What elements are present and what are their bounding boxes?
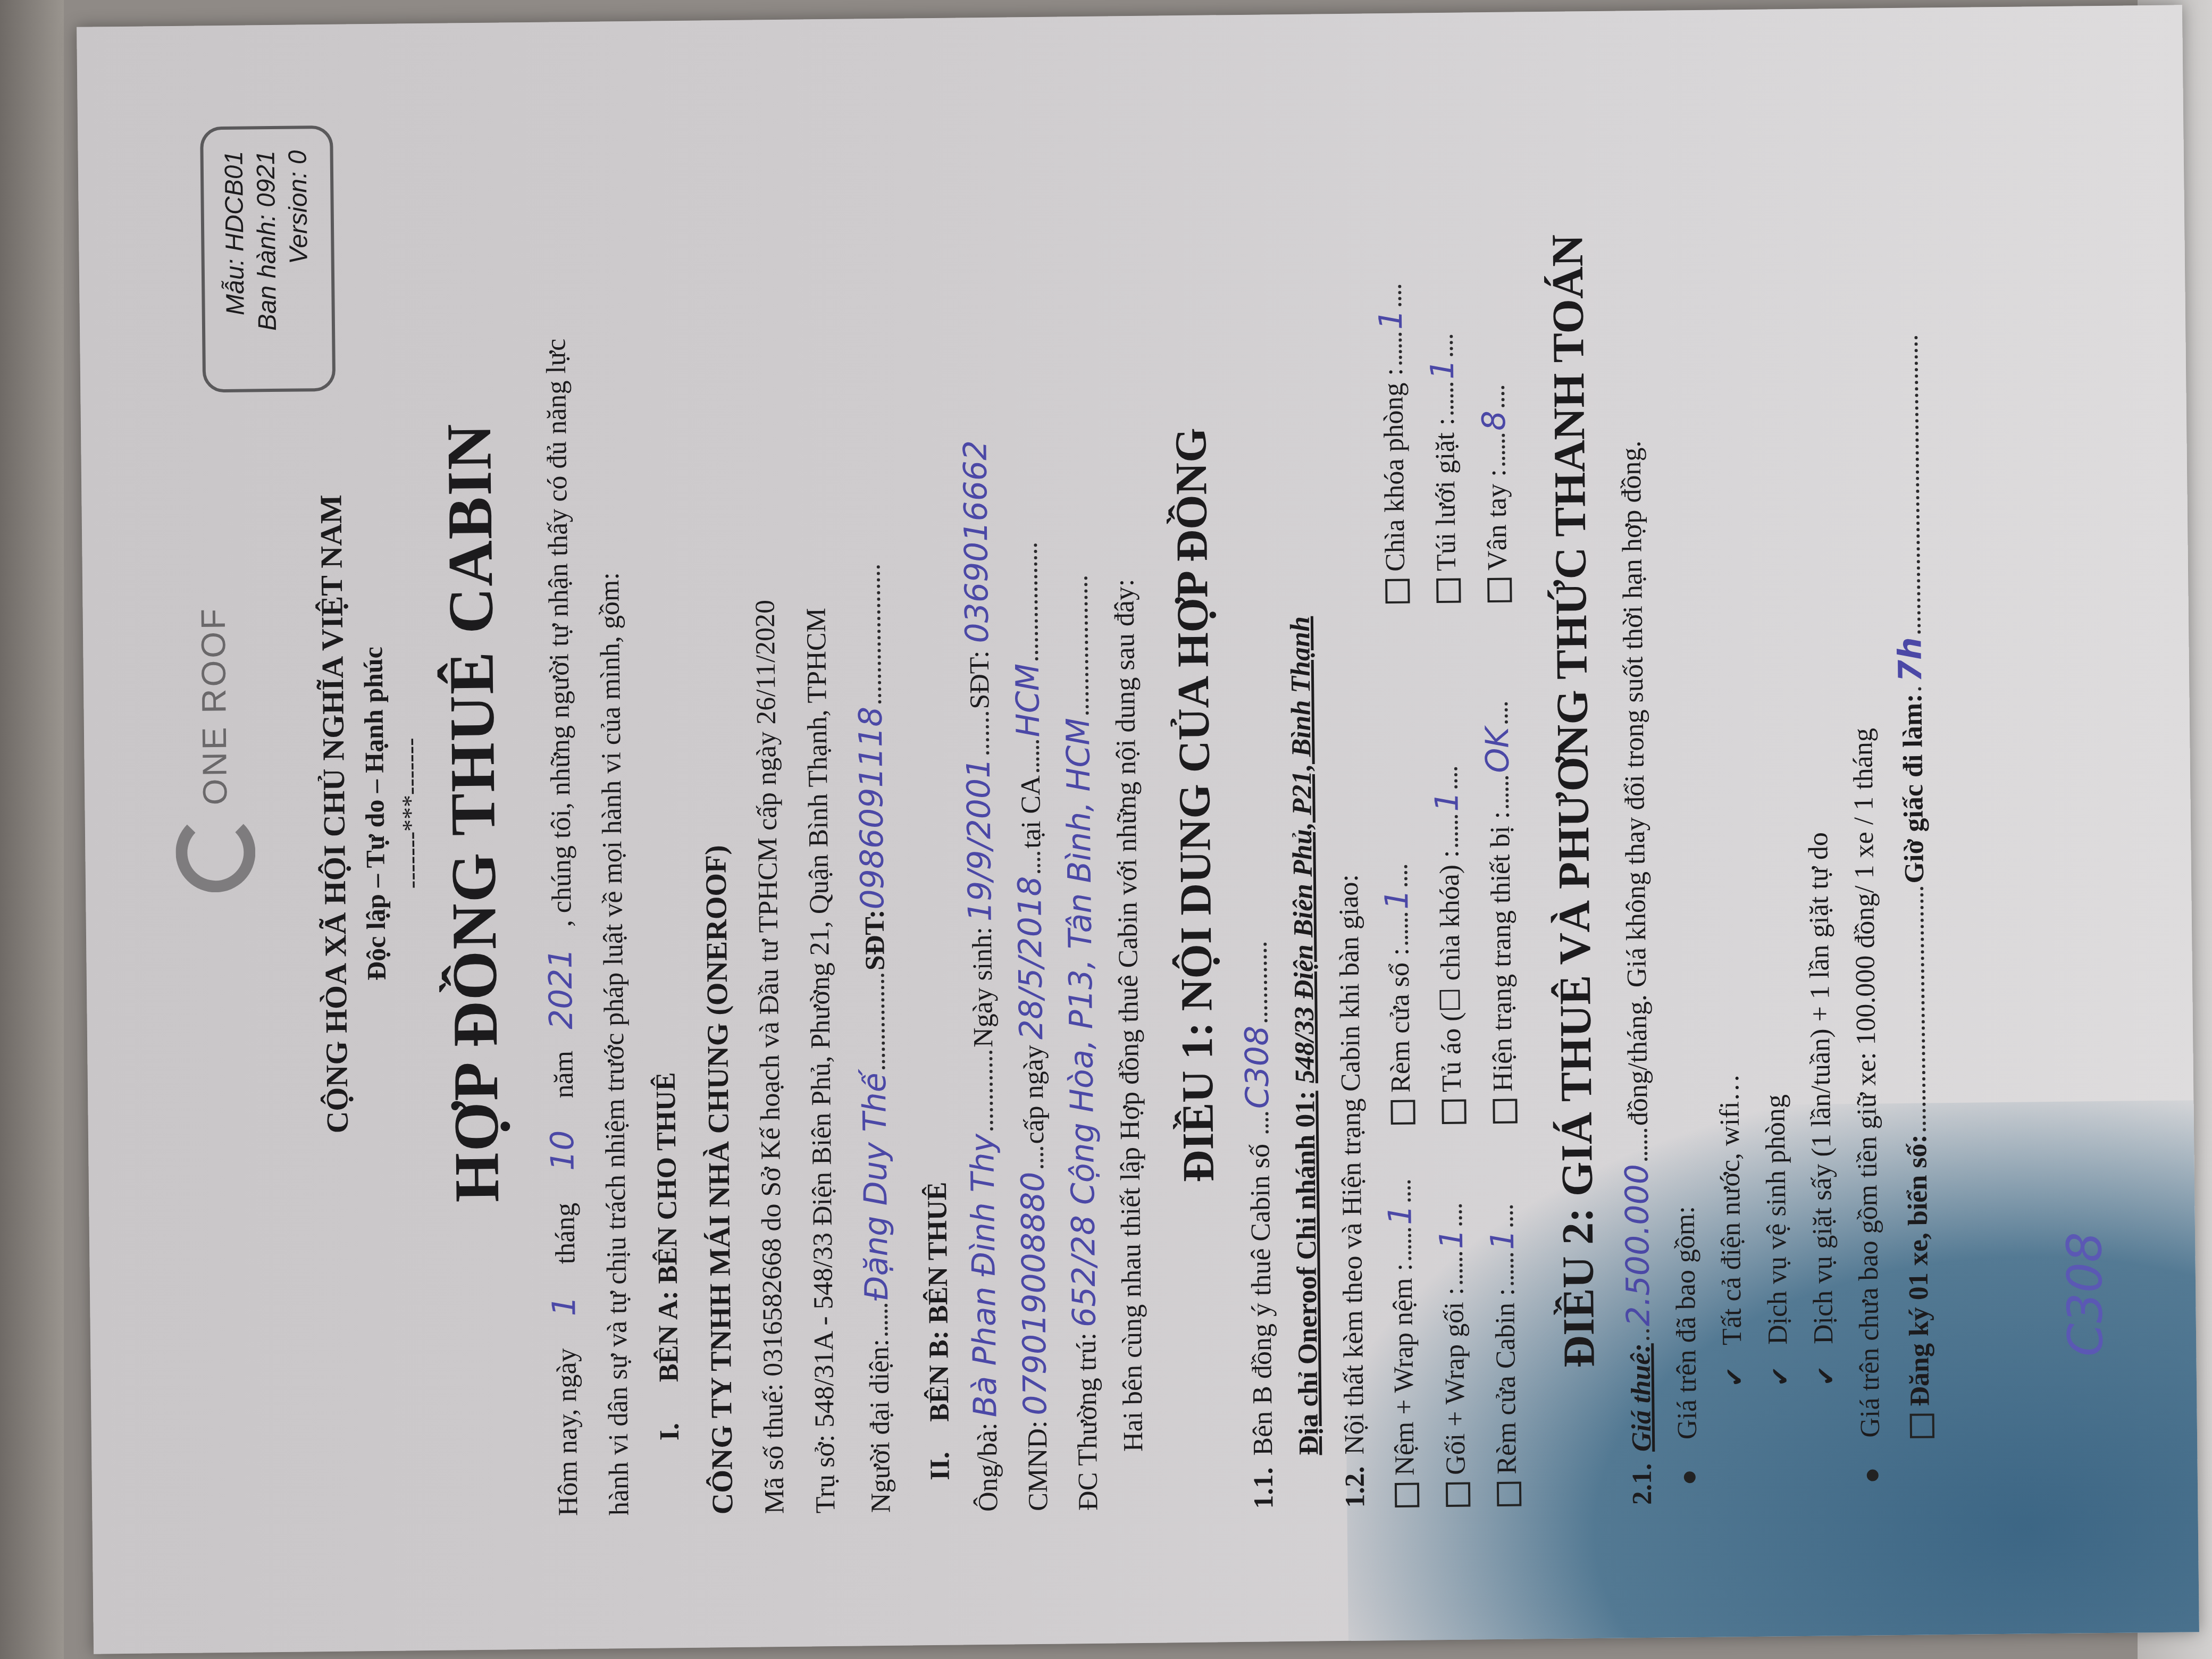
party-b-name-row: Ông/bà: Bà Phan Đình Thy Ngày sinh: 19/9… [956, 103, 1003, 1512]
b-phone-value[interactable]: 0369016662 [959, 440, 993, 643]
party-b-num: II. [926, 1422, 954, 1481]
checklist-item-value[interactable]: 1 [1431, 791, 1463, 812]
id-value[interactable]: 079019008880 [1017, 1171, 1052, 1415]
month-value[interactable]: 10 [547, 1130, 579, 1171]
agreement-text: Hai bên cùng nhau thiết lập Hợp đồng thu… [1106, 101, 1149, 1510]
checklist-item-label: Rèm cửa Cabin : [1492, 1288, 1521, 1474]
checkbox[interactable] [1497, 1482, 1521, 1506]
vehicle-label: Đăng ký 01 xe, biển số: [1904, 1134, 1934, 1406]
party-b-title: BÊN B: BÊN THUÊ [924, 1182, 954, 1422]
price-label: Giá thuê: [1627, 1343, 1656, 1452]
checkbox[interactable] [1487, 578, 1512, 602]
party-a-title: BÊN A: BÊN CHO THUÊ [652, 1072, 683, 1382]
bullet-icon [1684, 1471, 1696, 1483]
checklist-item-label: Chìa khóa phòng : [1380, 368, 1410, 572]
contract-body: ONE ROOF Mẫu: HDCB01 Ban hành: 0921 Vers… [157, 93, 1935, 1521]
checkbox[interactable] [1390, 1100, 1415, 1125]
include-item: ✔Dịch vụ giặt sấy (1 lần/tuần) + 1 lần g… [1797, 94, 1840, 1503]
cabin-number[interactable]: C308 [1241, 1026, 1274, 1109]
name-label: Ông/bà: [974, 1422, 1003, 1512]
checklist-item: Túi lưới giặt :1 [1424, 124, 1461, 604]
include-item-text: Tất cả điện nước, wifi… [1716, 1074, 1746, 1345]
checklist-item-value[interactable]: OK [1481, 727, 1514, 773]
party-b-heading: II. BÊN B: BÊN THUÊ [912, 103, 955, 1512]
logo-ring-icon [175, 812, 256, 893]
checkmark-icon: ✔ [1722, 1367, 1747, 1387]
checklist-item-label: Hiện trạng trang thiết bị : [1487, 811, 1518, 1092]
checklist-item-label: Rèm cửa sổ : [1386, 948, 1415, 1093]
intro-suffix: , chúng tôi, những người tự nhận thấy có… [542, 339, 576, 927]
checkbox[interactable] [1395, 1483, 1419, 1507]
checklist-item-label: Vân tay : [1483, 469, 1512, 571]
branch-label: Địa chỉ Oneroof Chi nhánh 01: [1292, 1091, 1323, 1455]
checklist-item-label: Túi lưới giặt : [1431, 417, 1461, 571]
checklist-item: Tủ áo (☐ chìa khóa) :1 [1429, 603, 1467, 1125]
checklist-item: Vân tay :8 [1475, 124, 1512, 603]
branch-address: 548/33 Điện Biên Phủ, P21, Bình Thạnh [1287, 616, 1319, 1084]
clause-1-1-num: 1.1. [1250, 1455, 1278, 1509]
rep-value[interactable]: Đặng Duy Thế [859, 1073, 893, 1301]
vehicle-row: Đăng ký 01 xe, biển số: Giờ giấc đi làm:… [1889, 93, 1935, 1502]
dob-label: Ngày sinh: [969, 927, 998, 1048]
party-a-rep-row: Người đại diện: Đặng Duy Thế SĐT: 098609… [849, 104, 895, 1513]
party-a-address: Trụ sở: 548/31A - 548/33 Điện Biên Phủ, … [798, 104, 840, 1513]
motto: Độc lập – Tự do – Hạnh phúc [354, 109, 396, 1518]
issue-date-value[interactable]: 28/5/2018 [1014, 876, 1048, 1040]
article-2-heading: ĐIỀU 2: GIÁ THUÊ VÀ PHƯƠNG THỨC THANH TO… [1544, 96, 1604, 1506]
clause-2-1: 2.1. Giá thuê: 2.500.000 đồng/tháng. Giá… [1610, 96, 1657, 1505]
checkmark-icon: ✔ [1768, 1366, 1792, 1387]
id-label: CMND: [1024, 1420, 1053, 1511]
checklist-item: Rèm cửa sổ :1 [1378, 604, 1415, 1125]
party-a-num: I. [656, 1382, 684, 1441]
branch-address-row: Địa chỉ Oneroof Chi nhánh 01: 548/33 Điệ… [1281, 99, 1324, 1509]
price-suffix: đồng/tháng. Giá không thay đổi trong suố… [1618, 440, 1652, 1126]
issue-place-value[interactable]: HCM [1012, 663, 1044, 737]
form-version: Version: 0 [282, 150, 316, 367]
checklist-item-value[interactable]: 1 [1427, 359, 1459, 380]
party-b-residence-row: ĐC Thường trú: 652/28 Cộng Hòa, P13, Tân… [1056, 102, 1103, 1511]
checklist-item: Nệm + Wrap nệm :1 [1384, 1125, 1420, 1508]
checklist-item-value[interactable]: 1 [1384, 1205, 1416, 1226]
rep-phone-value[interactable]: 0986091118 [855, 707, 889, 910]
excludes-text: Giá trên chưa bao gồm tiền giữ xe: 100.0… [1849, 728, 1884, 1438]
form-code: Mẫu: HDCB01 [219, 150, 253, 368]
residence-value[interactable]: 652/28 Cộng Hòa, P13, Tân Bình, HCM [1062, 718, 1101, 1328]
separator: -------***------- [391, 108, 431, 1518]
include-item-text: Dịch vụ vệ sinh phòng [1762, 1094, 1792, 1345]
checklist-item-value[interactable]: 8 [1478, 410, 1510, 431]
logo-text: ONE ROOF [196, 607, 232, 806]
vehicle-checkbox[interactable] [1910, 1413, 1934, 1438]
party-a-company: CÔNG TY TNHH MÁI NHÀ CHUNG (ONEROOF) [693, 105, 738, 1514]
month-label: tháng [551, 1203, 580, 1264]
include-item-text: Dịch vụ giặt sấy (1 lần/tuần) + 1 lần gi… [1805, 832, 1838, 1344]
intro-line-1: Hôm nay, ngày 1 tháng 10 năm 2021 , chún… [536, 107, 583, 1516]
checklist-item: Gối + Wrap gối :1 [1435, 1124, 1471, 1507]
include-item: ✔Dịch vụ vệ sinh phòng [1752, 94, 1794, 1503]
hours-label: Giờ giấc đi làm: [1899, 693, 1929, 883]
checklist-item: Chìa khóa phòng :1 [1373, 125, 1410, 604]
issue-date-label: cấp ngày [1020, 1045, 1049, 1144]
rep-label: Người đại diện: [866, 1339, 895, 1513]
intro-prefix: Hôm nay, ngày [553, 1348, 582, 1516]
includes-label: Giá trên đã bao gồm: [1671, 1206, 1702, 1440]
party-a-tax-id: Mã số thuế: 0316582668 do Sở Kế hoạch và… [747, 105, 789, 1514]
clause-1-2-num: 1.2. [1341, 1455, 1369, 1509]
include-item: ✔Tất cả điện nước, wifi… [1706, 95, 1748, 1504]
checkbox[interactable] [1446, 1482, 1470, 1507]
issue-place-label: tại CA [1017, 775, 1045, 849]
contract-header: ONE ROOF Mẫu: HDCB01 Ban hành: 0921 Vers… [157, 108, 513, 1521]
day-value[interactable]: 1 [548, 1296, 580, 1317]
party-b-id-row: CMND: 079019008880 cấp ngày 28/5/2018 tạ… [1006, 102, 1053, 1511]
article-1-heading: ĐIỀU 1: NỘI DUNG CỦA HỢP ĐỒNG [1166, 100, 1225, 1510]
nation-heading: CỘNG HÒA XÃ HỘI CHỦ NGHĨA VIỆT NAM [312, 110, 357, 1519]
name-value[interactable]: Bà Phan Đình Thy [967, 1134, 1002, 1418]
bullet-icon [1867, 1469, 1879, 1481]
year-value[interactable]: 2021 [544, 948, 577, 1029]
checkmark-icon: ✔ [1814, 1365, 1838, 1386]
checklist-item-label: Nệm + Wrap nệm : [1389, 1263, 1419, 1476]
clause-2-1-num: 2.1. [1628, 1452, 1656, 1505]
checkbox[interactable] [1442, 1100, 1466, 1124]
clause-1-1-text: Bên B đồng ý thuê Cabin số [1246, 1144, 1277, 1456]
checklist-item: Hiện trạng trang thiết bị :OK [1480, 602, 1518, 1124]
price-value[interactable]: 2.500.000 [1621, 1164, 1655, 1327]
margin-note: C308 [2057, 1231, 2114, 1357]
oneroof-logo: ONE ROOF [173, 606, 256, 893]
residence-label: ĐC Thường trú: [1073, 1333, 1103, 1511]
checklist-item-label: Gối + Wrap gối : [1440, 1287, 1470, 1475]
clause-1-2: 1.2. Nội thất kèm theo và Hiện trạng Cab… [1327, 99, 1370, 1508]
clause-1-2-text: Nội thất kèm theo và Hiện trạng Cabin kh… [1335, 874, 1369, 1455]
checklist-item-value[interactable]: 1 [1487, 1229, 1519, 1250]
intro-line-2: hành vi dân sự và tự chịu trách nhiệm tr… [591, 106, 634, 1515]
checkbox[interactable] [1436, 579, 1461, 603]
furniture-checklist: Nệm + Wrap nệm :1Rèm cửa sổ :1Chìa khóa … [1373, 97, 1522, 1507]
form-issued: Ban hành: 0921 [250, 150, 284, 368]
checklist-item-label: Tủ áo (☐ chìa khóa) : [1436, 850, 1466, 1092]
desk-edge-left [0, 0, 64, 1659]
year-label: năm [550, 1051, 578, 1099]
rep-phone-label: SĐT: [861, 909, 890, 970]
checklist-item: Rèm cửa Cabin :1 [1486, 1124, 1522, 1507]
checklist-item-value[interactable]: 1 [1375, 309, 1407, 330]
excludes-row: Giá trên chưa bao gồm tiền giữ xe: 100.0… [1843, 93, 1886, 1502]
checklist-item-value[interactable]: 1 [1436, 1229, 1468, 1250]
checkbox[interactable] [1493, 1099, 1517, 1124]
clause-1-1: 1.1. Bên B đồng ý thuê Cabin số C308 [1231, 99, 1278, 1509]
b-phone-label: SĐT: [966, 650, 994, 709]
includes-row: Giá trên đã bao gồm: [1660, 95, 1703, 1504]
checkbox[interactable] [1385, 579, 1410, 604]
hours-value[interactable]: 7h [1894, 637, 1926, 682]
checklist-item-value[interactable]: 1 [1381, 889, 1413, 910]
dob-value[interactable]: 19/9/2001 [963, 758, 996, 921]
contract-title: HỢP ĐỒNG THUÊ CABIN [434, 108, 513, 1518]
includes-list: ✔Tất cả điện nước, wifi…✔Dịch vụ vệ sinh… [1706, 94, 1840, 1504]
contract-page: C308 ONE ROOF Mẫu: HDCB01 Ban hành: 0921… [77, 5, 2199, 1654]
party-a-heading: I. BÊN A: BÊN CHO THUÊ [642, 106, 685, 1515]
